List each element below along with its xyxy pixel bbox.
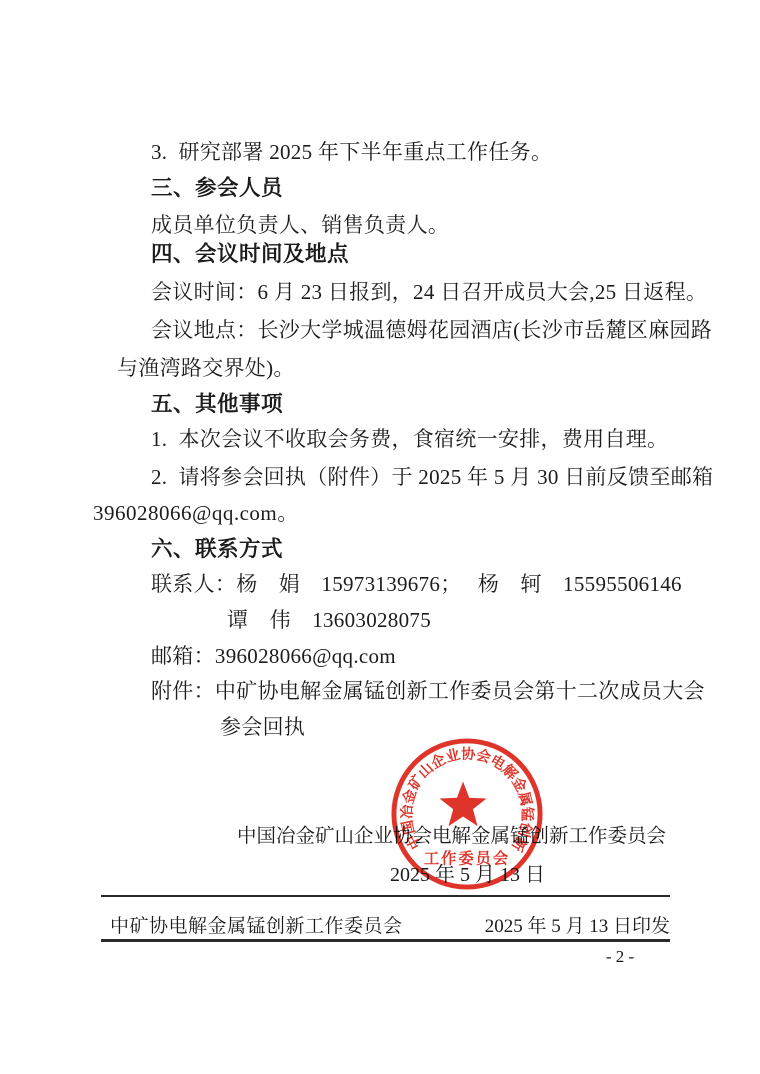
page-number: - 2 - xyxy=(565,947,675,967)
meeting-location-line-1: 会议地点：长沙大学城温德姆花园酒店(长沙市岳麓区麻园路 xyxy=(105,318,726,342)
heading-attendees: 三、参会人员 xyxy=(105,176,726,200)
star-icon xyxy=(440,781,487,826)
document-page: 3. 研究部署 2025 年下半年重点工作任务。 三、参会人员 成员单位负责人、… xyxy=(0,0,760,1074)
contact-email: 邮箱：396028066@qq.com xyxy=(105,644,726,668)
official-seal: 中国冶金矿山企业协会电解金属锰创新 工作委员会 xyxy=(386,738,549,894)
seal-bottom-text: 工作委员会 xyxy=(424,849,510,867)
agenda-item-3: 3. 研究部署 2025 年下半年重点工作任务。 xyxy=(105,140,726,164)
contact-line-2: 谭 伟 13603028075 xyxy=(105,608,760,632)
meeting-location-line-2: 与渔湾路交界处)。 xyxy=(117,356,692,380)
other-matter-2-email: 396028066@qq.com。 xyxy=(93,501,668,525)
contact-line-1: 联系人：杨 娟 15973139676； 杨 轲 15595506146 xyxy=(105,572,726,596)
other-matter-1: 1. 本次会议不收取会务费，食宿统一安排，费用自理。 xyxy=(105,427,726,451)
heading-contact: 六、联系方式 xyxy=(105,537,726,561)
footer-rule-thin xyxy=(101,895,670,897)
footer-rule-thick xyxy=(101,939,670,942)
attachment-line-2: 参会回执 xyxy=(105,715,760,739)
heading-time-location: 四、会议时间及地点 xyxy=(105,242,726,266)
meeting-time: 会议时间：6 月 23 日报到，24 日召开成员大会,25 日返程。 xyxy=(105,280,726,304)
attachment-line-1: 附件：中矿协电解金属锰创新工作委员会第十二次成员大会 xyxy=(105,679,726,703)
footer-issue-date: 2025 年 5 月 13 日印发 xyxy=(101,911,670,938)
heading-other-matters: 五、其他事项 xyxy=(105,392,726,416)
attendees-text: 成员单位负责人、销售负责人。 xyxy=(105,213,726,237)
other-matter-2-line-1: 2. 请将参会回执（附件）于 2025 年 5 月 30 日前反馈至邮箱 xyxy=(105,465,726,489)
